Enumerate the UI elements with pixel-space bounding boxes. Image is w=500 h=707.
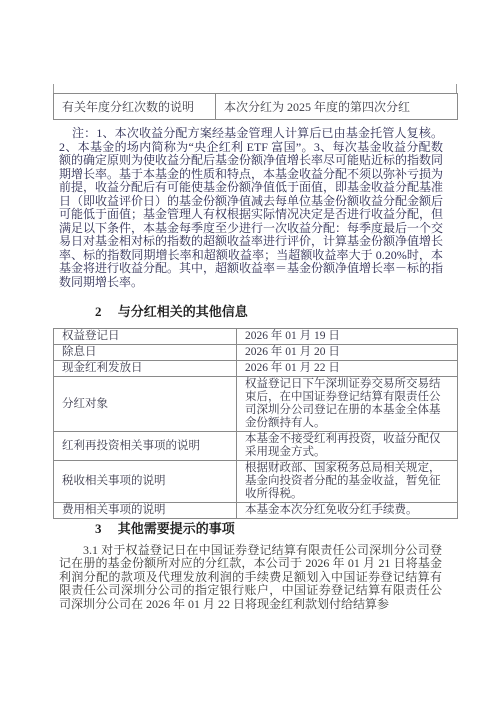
- row-label: 有关年度分红次数的说明: [54, 94, 216, 120]
- table-row: 权益登记日 2026 年 01 月 19 日: [54, 329, 458, 345]
- table-continuation-stub-left: [53, 84, 54, 93]
- row-label: 除息日: [54, 345, 237, 361]
- row-value: 2026 年 01 月 19 日: [237, 329, 458, 345]
- row-value: 本基金不接受红利再投资，收益分配仅采用现金方式。: [237, 432, 458, 461]
- row-value: 权益登记日下午深圳证券交易所交易结束后，在中国证券登记结算有限责任公司深圳分公司…: [237, 377, 458, 432]
- section-2-heading: 2 与分红相关的其他信息: [95, 301, 248, 320]
- section-2-title: 与分红相关的其他信息: [118, 301, 248, 320]
- note-paragraph: 注：1、本次收益分配方案经基金管理人计算后已由基金托管人复核。2、本基金的场内简…: [59, 127, 443, 289]
- section-3-paragraph: 3.1 对于权益登记日在中国证券登记结算有限责任公司深圳分公司登记在册的基金份额…: [59, 544, 442, 611]
- dividend-count-table: 有关年度分红次数的说明 本次分红为 2025 年度的第四次分红: [53, 93, 458, 120]
- table-row: 分红对象 权益登记日下午深圳证券交易所交易结束后，在中国证券登记结算有限责任公司…: [54, 377, 458, 432]
- section-2-number: 2: [95, 304, 102, 320]
- section-3-number: 3: [95, 521, 102, 537]
- table-continuation-stub-right: [456, 84, 457, 93]
- table-row: 现金红利发放日 2026 年 01 月 22 日: [54, 361, 458, 377]
- row-value: 根据财政部、国家税务总局相关规定，基金向投资者分配的基金收益，暂免征收所得税。: [237, 461, 458, 503]
- row-label: 分红对象: [54, 377, 237, 432]
- row-value: 本基金本次分红免收分红手续费。: [237, 503, 458, 519]
- table-row: 有关年度分红次数的说明 本次分红为 2025 年度的第四次分红: [54, 94, 458, 120]
- row-label: 税收相关事项的说明: [54, 461, 237, 503]
- row-value: 2026 年 01 月 20 日: [237, 345, 458, 361]
- table-row: 费用相关事项的说明 本基金本次分红免收分红手续费。: [54, 503, 458, 519]
- table-row: 除息日 2026 年 01 月 20 日: [54, 345, 458, 361]
- document-page: 有关年度分红次数的说明 本次分红为 2025 年度的第四次分红 注：1、本次收益…: [0, 0, 500, 707]
- table-row: 红利再投资相关事项的说明 本基金不接受红利再投资，收益分配仅采用现金方式。: [54, 432, 458, 461]
- row-label: 红利再投资相关事项的说明: [54, 432, 237, 461]
- section-3-heading: 3 其他需要提示的事项: [95, 518, 235, 537]
- section-3-title: 其他需要提示的事项: [118, 518, 235, 537]
- dividend-info-table: 权益登记日 2026 年 01 月 19 日 除息日 2026 年 01 月 2…: [53, 328, 458, 519]
- row-label: 权益登记日: [54, 329, 237, 345]
- row-value: 本次分红为 2025 年度的第四次分红: [216, 94, 458, 120]
- table-row: 税收相关事项的说明 根据财政部、国家税务总局相关规定，基金向投资者分配的基金收益…: [54, 461, 458, 503]
- row-value: 2026 年 01 月 22 日: [237, 361, 458, 377]
- row-label: 费用相关事项的说明: [54, 503, 237, 519]
- row-label: 现金红利发放日: [54, 361, 237, 377]
